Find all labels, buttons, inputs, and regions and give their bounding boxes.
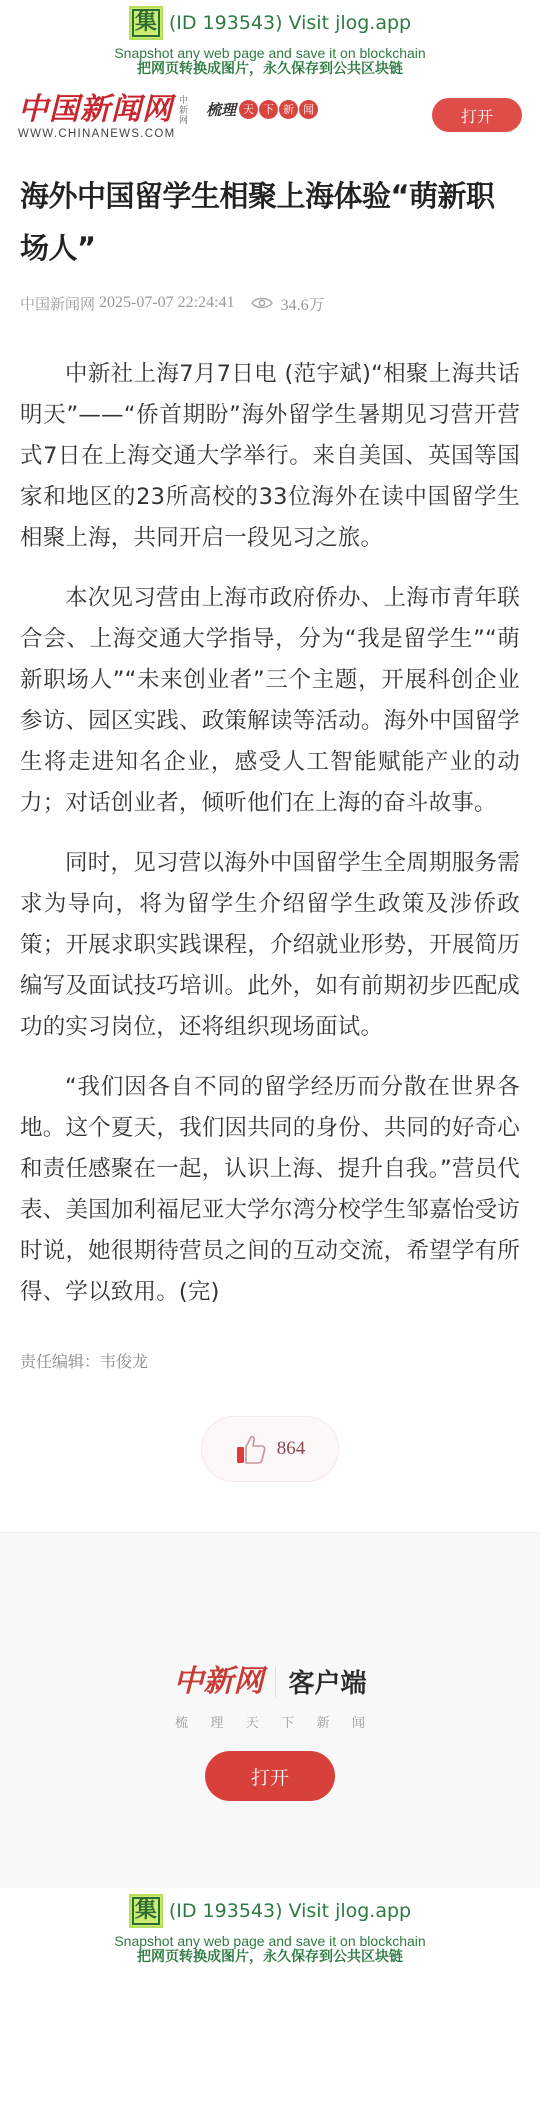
article-paragraph: 中新社上海7月7日电 (范宇斌)“相聚上海共话明天”——“侨首期盼”海外留学生暑… bbox=[20, 354, 520, 559]
app-promo: 中新网 客户端 梳 理 天 下 新 闻 打开 bbox=[0, 1532, 540, 1888]
article: 海外中国留学生相聚上海体验“萌新职场人” 中国新闻网 2025-07-07 22… bbox=[0, 170, 540, 1482]
jlog-id-link[interactable]: (ID 193543) Visit jlog.app bbox=[169, 12, 411, 34]
jlog-banner-bottom: 集 (ID 193543) Visit jlog.app Snapshot an… bbox=[0, 1888, 540, 1970]
open-app-button-promo[interactable]: 打开 bbox=[205, 1751, 335, 1801]
promo-divider bbox=[275, 1667, 276, 1697]
jlog-banner-top: 集 (ID 193543) Visit jlog.app Snapshot an… bbox=[0, 0, 540, 80]
article-meta: 中国新闻网 2025-07-07 22:24:41 34.6万 bbox=[20, 288, 520, 318]
promo-slogan: 梳 理 天 下 新 闻 bbox=[175, 1712, 365, 1731]
article-body: 中新社上海7月7日电 (范宇斌)“相聚上海共话明天”——“侨首期盼”海外留学生暑… bbox=[20, 354, 520, 1313]
thumbs-up-icon bbox=[235, 1433, 267, 1465]
eye-icon bbox=[251, 296, 273, 310]
like-button[interactable]: 864 bbox=[201, 1416, 339, 1482]
logo-mini: 中 新 网 bbox=[179, 95, 188, 125]
article-editor: 责任编辑：韦俊龙 bbox=[20, 1349, 520, 1372]
article-paragraph: “我们因各自不同的留学经历而分散在世界各地。这个夏天，我们因共同的身份、共同的好… bbox=[20, 1067, 520, 1313]
like-count: 864 bbox=[277, 1438, 306, 1460]
jlog-subtitle-en: Snapshot any web page and save it on blo… bbox=[0, 46, 540, 61]
jlog-badge-icon: 集 bbox=[129, 6, 163, 40]
article-views: 34.6万 bbox=[281, 292, 325, 315]
chinanews-logo[interactable]: 中国新闻网 中 新 网 WWW.CHINANEWS.COM bbox=[18, 93, 188, 140]
jlog-subtitle-en: Snapshot any web page and save it on blo… bbox=[0, 1934, 540, 1949]
article-source: 中国新闻网 bbox=[20, 293, 95, 314]
promo-logo: 中新网 客户端 bbox=[173, 1663, 366, 1700]
site-header: 中国新闻网 中 新 网 WWW.CHINANEWS.COM 梳理 天 下 新 闻… bbox=[0, 80, 540, 152]
jlog-subtitle-cn: 把网页转换成图片，永久保存到公共区块链 bbox=[0, 1949, 540, 1965]
article-paragraph: 同时，见习营以海外中国留学生全周期服务需求为导向，将为留学生介绍留学生政策及涉侨… bbox=[20, 843, 520, 1048]
jlog-badge-icon: 集 bbox=[129, 1894, 163, 1928]
logo-text: 中国新闻网 bbox=[18, 93, 173, 127]
header-slogan: 梳理 天 下 新 闻 bbox=[206, 99, 318, 120]
article-paragraph: 本次见习营由上海市政府侨办、上海市青年联合会、上海交通大学指导，分为“我是留学生… bbox=[20, 578, 520, 824]
article-title: 海外中国留学生相聚上海体验“萌新职场人” bbox=[20, 170, 520, 274]
open-app-button-top[interactable]: 打开 bbox=[432, 98, 522, 132]
promo-brand: 中新网 bbox=[173, 1665, 263, 1699]
jlog-id-link[interactable]: (ID 193543) Visit jlog.app bbox=[169, 1900, 411, 1922]
jlog-subtitle-cn: 把网页转换成图片，永久保存到公共区块链 bbox=[0, 61, 540, 77]
logo-url: WWW.CHINANEWS.COM bbox=[18, 128, 188, 140]
article-datetime: 2025-07-07 22:24:41 bbox=[99, 294, 235, 312]
promo-app-label: 客户端 bbox=[288, 1663, 366, 1700]
